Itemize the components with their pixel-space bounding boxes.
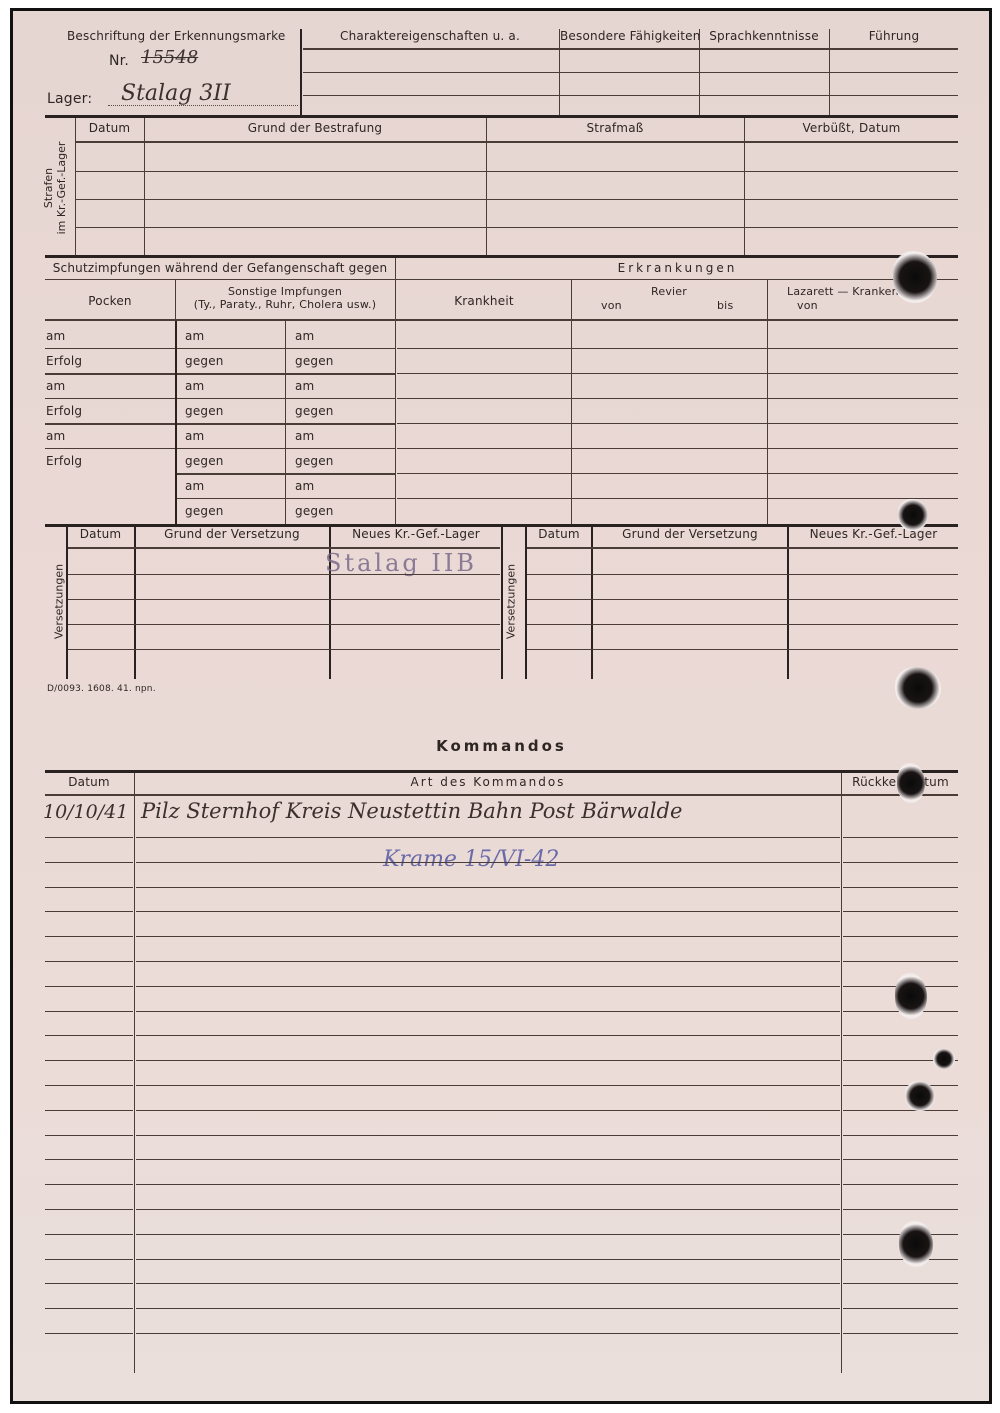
rule <box>45 1283 133 1284</box>
rule <box>136 1283 840 1284</box>
divider <box>841 773 842 1373</box>
vacc-a-row: am <box>185 479 204 493</box>
transfers-side-label-left: Versetzungen <box>53 552 66 652</box>
rule <box>843 911 958 912</box>
divider <box>787 527 789 679</box>
nr-label: Nr. <box>109 53 129 69</box>
vacc-b-row: am <box>295 479 314 493</box>
rule <box>397 398 958 399</box>
rule <box>45 279 958 280</box>
pocken-row: am <box>46 429 65 443</box>
other-vaccines-label: Sonstige Impfungen (Ty., Paraty., Ruhr, … <box>176 285 394 311</box>
nr-value: 15548 <box>141 47 198 68</box>
vacc-b-row: am <box>295 329 314 343</box>
divider <box>134 773 135 1373</box>
divider <box>66 527 68 679</box>
burn-hole <box>893 251 937 303</box>
rule <box>45 448 175 449</box>
rule <box>177 448 395 449</box>
rule <box>843 1085 958 1086</box>
vacc-a-row: gegen <box>185 404 224 418</box>
pocken-row: am <box>46 329 65 343</box>
vaccinations-title: Schutzimpfungen während der Gefangenscha… <box>45 261 395 275</box>
rule <box>45 1209 133 1210</box>
rule <box>45 911 133 912</box>
rule <box>136 1060 840 1061</box>
section-rule <box>45 255 958 258</box>
rule <box>45 887 133 888</box>
rule <box>136 1259 840 1260</box>
burn-hole <box>899 1221 933 1267</box>
col-neues-lager: Neues Kr.-Gef.-Lager <box>331 527 501 541</box>
divider <box>744 118 745 256</box>
rule <box>76 227 958 228</box>
divider <box>591 527 593 679</box>
vacc-b-row: gegen <box>295 454 334 468</box>
col-charakter: Charaktereigenschaften u. a. <box>303 29 557 43</box>
rule <box>136 1234 840 1235</box>
rule <box>136 1184 840 1185</box>
col-datum: Datum <box>45 775 133 789</box>
col-art-kommandos: Art des Kommandos <box>136 775 840 789</box>
rule <box>45 1184 133 1185</box>
rule <box>177 373 395 375</box>
burn-hole <box>895 667 941 709</box>
rule <box>45 1110 133 1111</box>
pow-record-card: Beschriftung der Erkennungsmarke Nr. 155… <box>13 11 989 1401</box>
rule <box>45 862 133 863</box>
punishments-side-label: Strafen im Kr.-Gef.-Lager <box>42 128 68 248</box>
vacc-a-row: gegen <box>185 454 224 468</box>
rule <box>136 1333 840 1334</box>
rule <box>843 1184 958 1185</box>
lager-value: Stalag 3II <box>121 81 231 106</box>
rule <box>136 862 840 863</box>
rule <box>136 1159 840 1160</box>
rule <box>45 348 175 349</box>
illnesses-title: Erkrankungen <box>397 261 958 275</box>
col-faehigkeiten: Besondere Fähigkeiten <box>560 29 698 43</box>
divider <box>486 118 487 256</box>
rule <box>843 862 958 863</box>
vacc-a-row: gegen <box>185 354 224 368</box>
burn-hole <box>898 499 928 531</box>
rule <box>76 171 958 172</box>
rule <box>843 1159 958 1160</box>
rule <box>397 498 958 499</box>
revier-label: Revier <box>572 285 766 298</box>
rule <box>68 547 500 549</box>
section-rule <box>45 115 958 118</box>
rule <box>843 837 958 838</box>
form-code: D/0093. 1608. 41. npn. <box>47 684 156 694</box>
rule <box>76 141 958 143</box>
rule <box>527 624 958 625</box>
rule <box>45 837 133 838</box>
rule <box>843 1283 958 1284</box>
divider <box>525 527 527 679</box>
rule <box>136 1110 840 1111</box>
rule <box>177 473 395 475</box>
rule <box>527 599 958 600</box>
col-datum: Datum <box>68 527 133 541</box>
rule <box>303 48 958 50</box>
kommando-datum: 10/10/41 <box>43 801 128 823</box>
col-datum: Datum <box>76 121 143 135</box>
lazarett-von-label: von <box>797 299 818 312</box>
burn-hole <box>933 1049 955 1069</box>
vacc-b-row: gegen <box>295 404 334 418</box>
burn-hole <box>905 1081 935 1111</box>
vacc-a-row: am <box>185 429 204 443</box>
rule <box>843 1135 958 1136</box>
pocken-row: Erfolg <box>46 404 82 418</box>
rule <box>177 423 395 425</box>
rule <box>527 547 958 549</box>
rule <box>136 936 840 937</box>
rule <box>843 936 958 937</box>
burn-hole <box>895 973 927 1019</box>
divider <box>395 258 396 526</box>
rule <box>303 72 958 73</box>
id-tag-label: Beschriftung der Erkennungsmarke <box>67 29 285 43</box>
rule <box>136 1011 840 1012</box>
rule <box>303 95 958 96</box>
rule <box>136 837 840 838</box>
pocken-row: am <box>46 379 65 393</box>
rule <box>45 319 958 321</box>
rule <box>45 986 133 987</box>
col-datum-2: Datum <box>527 527 591 541</box>
transfers-side-label-right: Versetzungen <box>505 552 518 652</box>
rule <box>397 448 958 449</box>
vacc-b-row: gegen <box>295 354 334 368</box>
rule <box>843 1110 958 1111</box>
rule <box>136 911 840 912</box>
rule <box>45 961 133 962</box>
col-grund-versetzung-2: Grund der Versetzung <box>593 527 787 541</box>
section-rule <box>45 770 958 773</box>
rule <box>68 574 500 575</box>
stamp-stalag: Stalag IIB <box>325 549 477 577</box>
rule <box>68 599 500 600</box>
rule <box>843 887 958 888</box>
col-grund-versetzung: Grund der Versetzung <box>136 527 328 541</box>
rule <box>177 498 395 499</box>
rule <box>136 961 840 962</box>
rule <box>843 1035 958 1036</box>
divider <box>501 527 503 679</box>
rule <box>45 373 175 375</box>
rule <box>76 199 958 200</box>
burn-hole <box>897 763 925 803</box>
rule <box>843 1333 958 1334</box>
rule <box>45 1035 133 1036</box>
vacc-a-row: gegen <box>185 504 224 518</box>
kommando-art: Pilz Sternhof Kreis Neustettin Bahn Post… <box>141 799 682 823</box>
pocken-label: Pocken <box>45 294 175 308</box>
rule <box>843 961 958 962</box>
col-sprachkenntnisse: Sprachkenntnisse <box>700 29 828 43</box>
rule <box>136 1209 840 1210</box>
lager-label: Lager: <box>47 91 92 107</box>
rule <box>45 1135 133 1136</box>
rule <box>45 423 175 425</box>
vacc-b-row: am <box>295 379 314 393</box>
document-frame: Beschriftung der Erkennungsmarke Nr. 155… <box>10 8 992 1404</box>
krankheit-label: Krankheit <box>397 294 571 308</box>
rule <box>136 1085 840 1086</box>
rule <box>177 348 395 349</box>
divider <box>75 118 76 256</box>
divider <box>134 527 136 679</box>
divider <box>300 29 302 117</box>
revier-von-label: von <box>601 299 622 312</box>
rule <box>527 649 958 650</box>
kommandos-title: Kommandos <box>45 737 958 755</box>
rule <box>136 1308 840 1309</box>
rule <box>45 794 958 796</box>
rule <box>45 1308 133 1309</box>
col-verbuesst-datum: Verbüßt, Datum <box>745 121 958 135</box>
rule <box>843 1209 958 1210</box>
vacc-b-row: gegen <box>295 504 334 518</box>
rule <box>45 936 133 937</box>
rule <box>45 1259 133 1260</box>
kommando-return-note: Krame 15/VI-42 <box>383 847 559 872</box>
divider <box>571 280 572 526</box>
col-grund-bestrafung: Grund der Bestrafung <box>145 121 485 135</box>
rule <box>136 986 840 987</box>
rule <box>68 649 500 650</box>
rule <box>177 398 395 399</box>
col-fuehrung: Führung <box>830 29 958 43</box>
rule <box>45 1159 133 1160</box>
vacc-a-row: am <box>185 379 204 393</box>
divider <box>767 280 768 526</box>
rule <box>45 1333 133 1334</box>
col-neues-lager-2: Neues Kr.-Gef.-Lager <box>789 527 958 541</box>
rule <box>397 373 958 374</box>
rule <box>397 473 958 474</box>
rule <box>843 1308 958 1309</box>
rule <box>136 1035 840 1036</box>
rule <box>527 574 958 575</box>
revier-bis-label: bis <box>717 299 733 312</box>
rule <box>136 887 840 888</box>
rule <box>45 1011 133 1012</box>
rule <box>45 1060 133 1061</box>
rule <box>136 1135 840 1136</box>
rule <box>45 398 175 399</box>
rule <box>397 348 958 349</box>
divider <box>144 118 145 256</box>
pocken-row: Erfolg <box>46 354 82 368</box>
rule <box>68 624 500 625</box>
rule <box>45 1234 133 1235</box>
vacc-b-row: am <box>295 429 314 443</box>
vacc-a-row: am <box>185 329 204 343</box>
col-strafmass: Strafmaß <box>487 121 743 135</box>
pocken-row: Erfolg <box>46 454 82 468</box>
rule <box>397 423 958 424</box>
rule <box>843 1259 958 1260</box>
rule <box>45 1085 133 1086</box>
